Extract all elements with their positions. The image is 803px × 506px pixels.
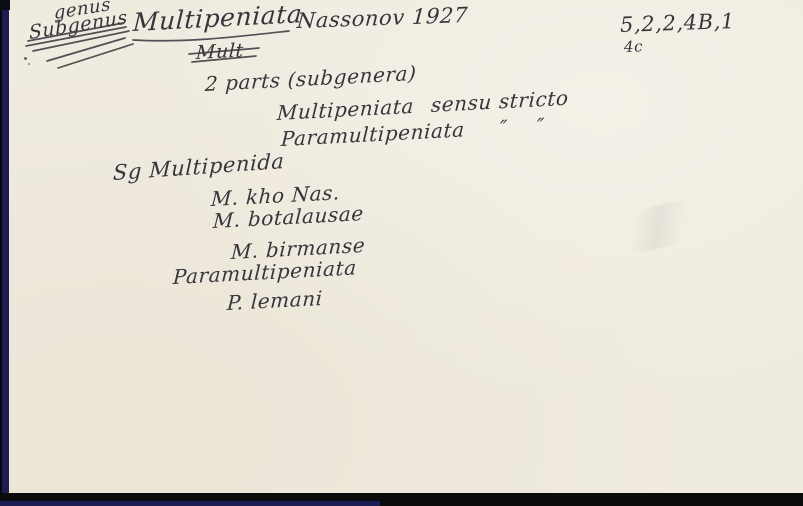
card-speck: [28, 63, 30, 65]
ditto-mark-left: ″: [499, 115, 508, 140]
catalog-code-note: 4c: [624, 37, 644, 56]
index-card: genus Subgenus Multipeniata Nassonov 192…: [0, 0, 803, 506]
scan-corner-top-left: [0, 0, 10, 10]
abbreviation-crossed-out: Mult: [195, 39, 244, 64]
card-speck: [24, 57, 27, 60]
scan-edge-left: [0, 0, 9, 497]
catalog-code: 5,2,2,4B,1: [620, 9, 736, 37]
genus-2-species: P. lemani: [226, 286, 323, 315]
scan-edge-bottom-left: [0, 501, 380, 506]
ditto-mark-right: ″: [536, 113, 545, 138]
